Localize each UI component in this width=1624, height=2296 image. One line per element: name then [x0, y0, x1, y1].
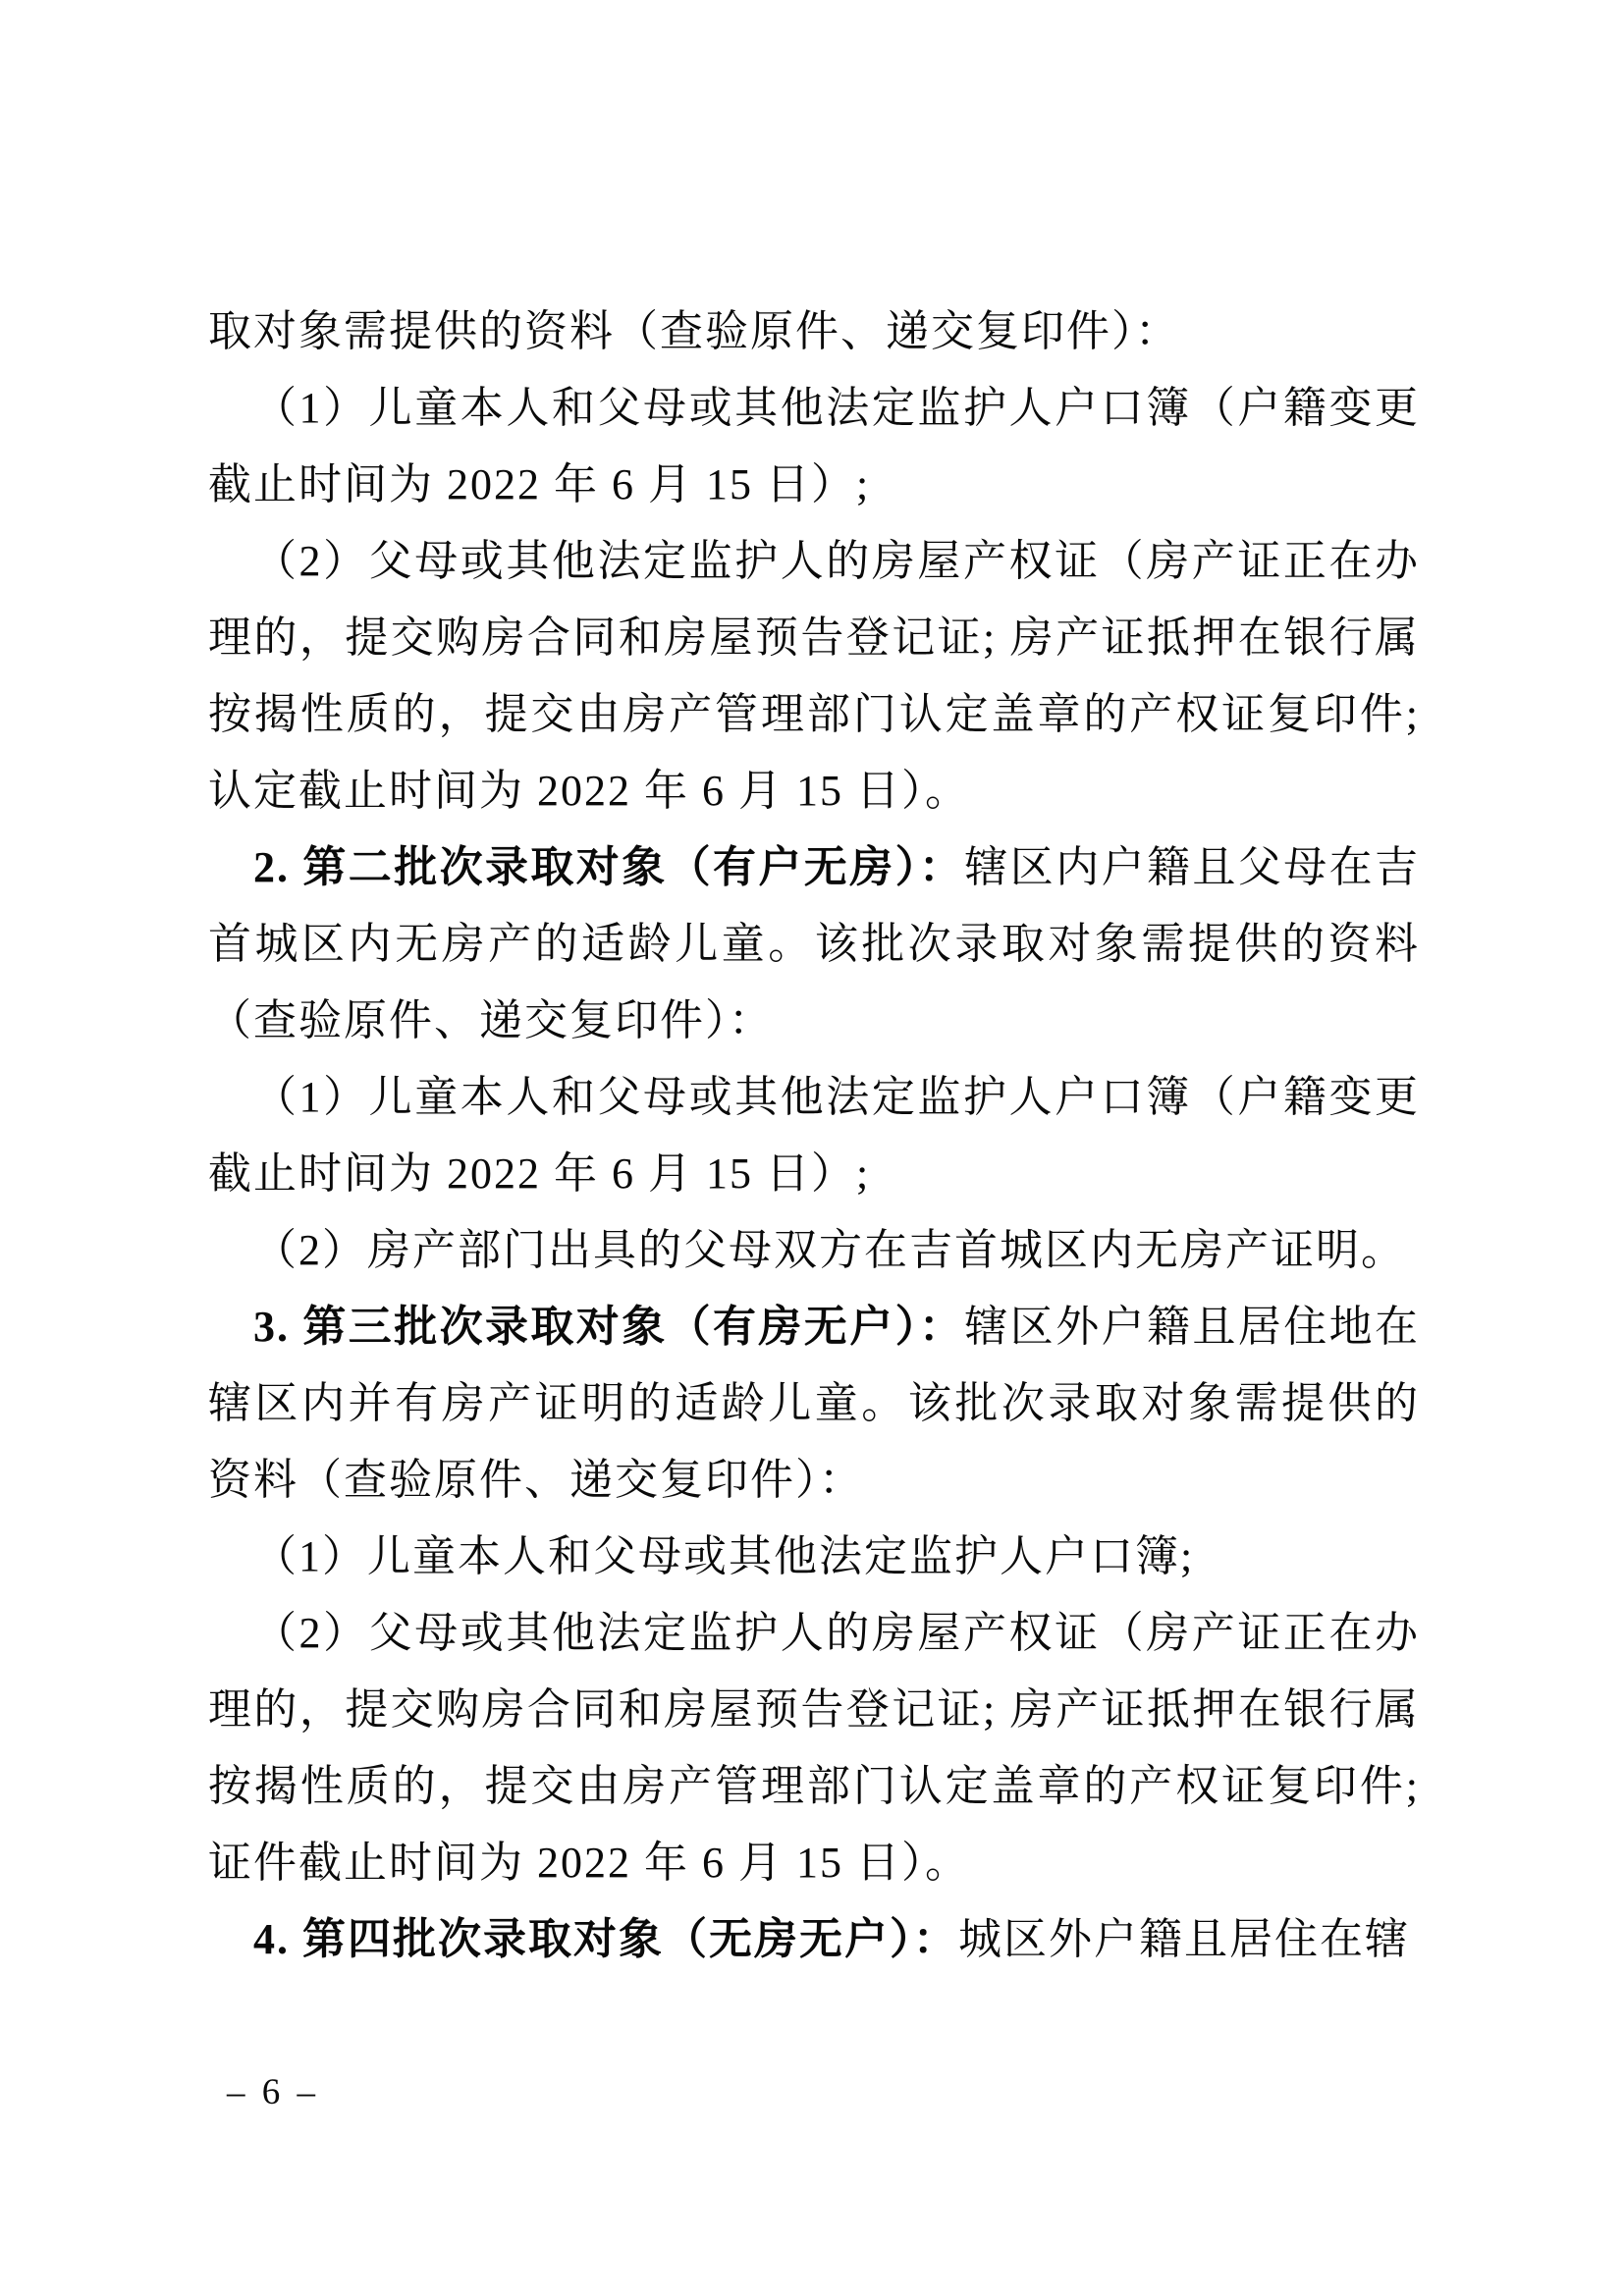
paragraph-text: （1）儿童本人和父母或其他法定监护人户口簿（户籍变更截止时间为 2022 年 6… [208, 1073, 1420, 1198]
paragraph: 3. 第三批次录取对象（有房无户）：辖区外户籍且居住地在辖区内并有房产证明的适龄… [208, 1289, 1420, 1519]
batch-heading: 4. 第四批次录取对象（无房无户）： [253, 1915, 958, 1963]
paragraph: （2）父母或其他法定监护人的房屋产权证（房产证正在办理的，提交购房合同和房屋预告… [208, 1595, 1420, 1901]
document-page: 取对象需提供的资料（查验原件、递交复印件）： （1）儿童本人和父母或其他法定监护… [0, 0, 1624, 2296]
document-body: 取对象需提供的资料（查验原件、递交复印件）： （1）儿童本人和父母或其他法定监护… [208, 294, 1420, 1978]
paragraph-text: （2）房产部门出具的父母双方在吉首城区内无房产证明。 [253, 1226, 1406, 1274]
batch-heading: 2. 第二批次录取对象（有户无房）： [253, 843, 964, 891]
page-number: – 6 – [227, 2071, 319, 2114]
paragraph-text: （1）儿童本人和父母或其他法定监护人户口簿; [253, 1532, 1194, 1580]
paragraph: （1）儿童本人和父母或其他法定监护人户口簿; [208, 1519, 1420, 1595]
paragraph-text: （2）父母或其他法定监护人的房屋产权证（房产证正在办理的，提交购房合同和房屋预告… [208, 537, 1420, 815]
paragraph: （2）父母或其他法定监护人的房屋产权证（房产证正在办理的，提交购房合同和房屋预告… [208, 523, 1420, 829]
paragraph: （1）儿童本人和父母或其他法定监护人户口簿（户籍变更截止时间为 2022 年 6… [208, 1059, 1420, 1212]
paragraph: 4. 第四批次录取对象（无房无户）：城区外户籍且居住在辖 [208, 1901, 1420, 1978]
paragraph: （2）房产部门出具的父母双方在吉首城区内无房产证明。 [208, 1212, 1420, 1289]
paragraph: 2. 第二批次录取对象（有户无房）：辖区内户籍且父母在吉首城区内无房产的适龄儿童… [208, 829, 1420, 1059]
paragraph-text: 城区外户籍且居住在辖 [958, 1915, 1410, 1963]
batch-heading: 3. 第三批次录取对象（有房无户）： [253, 1303, 964, 1351]
paragraph: （1）儿童本人和父母或其他法定监护人户口簿（户籍变更截止时间为 2022 年 6… [208, 370, 1420, 523]
paragraph-text: （2）父母或其他法定监护人的房屋产权证（房产证正在办理的，提交购房合同和房屋预告… [208, 1609, 1420, 1887]
paragraph-text: （1）儿童本人和父母或其他法定监护人户口簿（户籍变更截止时间为 2022 年 6… [208, 384, 1420, 508]
paragraph-text: 取对象需提供的资料（查验原件、递交复印件）： [208, 307, 1180, 355]
paragraph: 取对象需提供的资料（查验原件、递交复印件）： [208, 294, 1420, 370]
